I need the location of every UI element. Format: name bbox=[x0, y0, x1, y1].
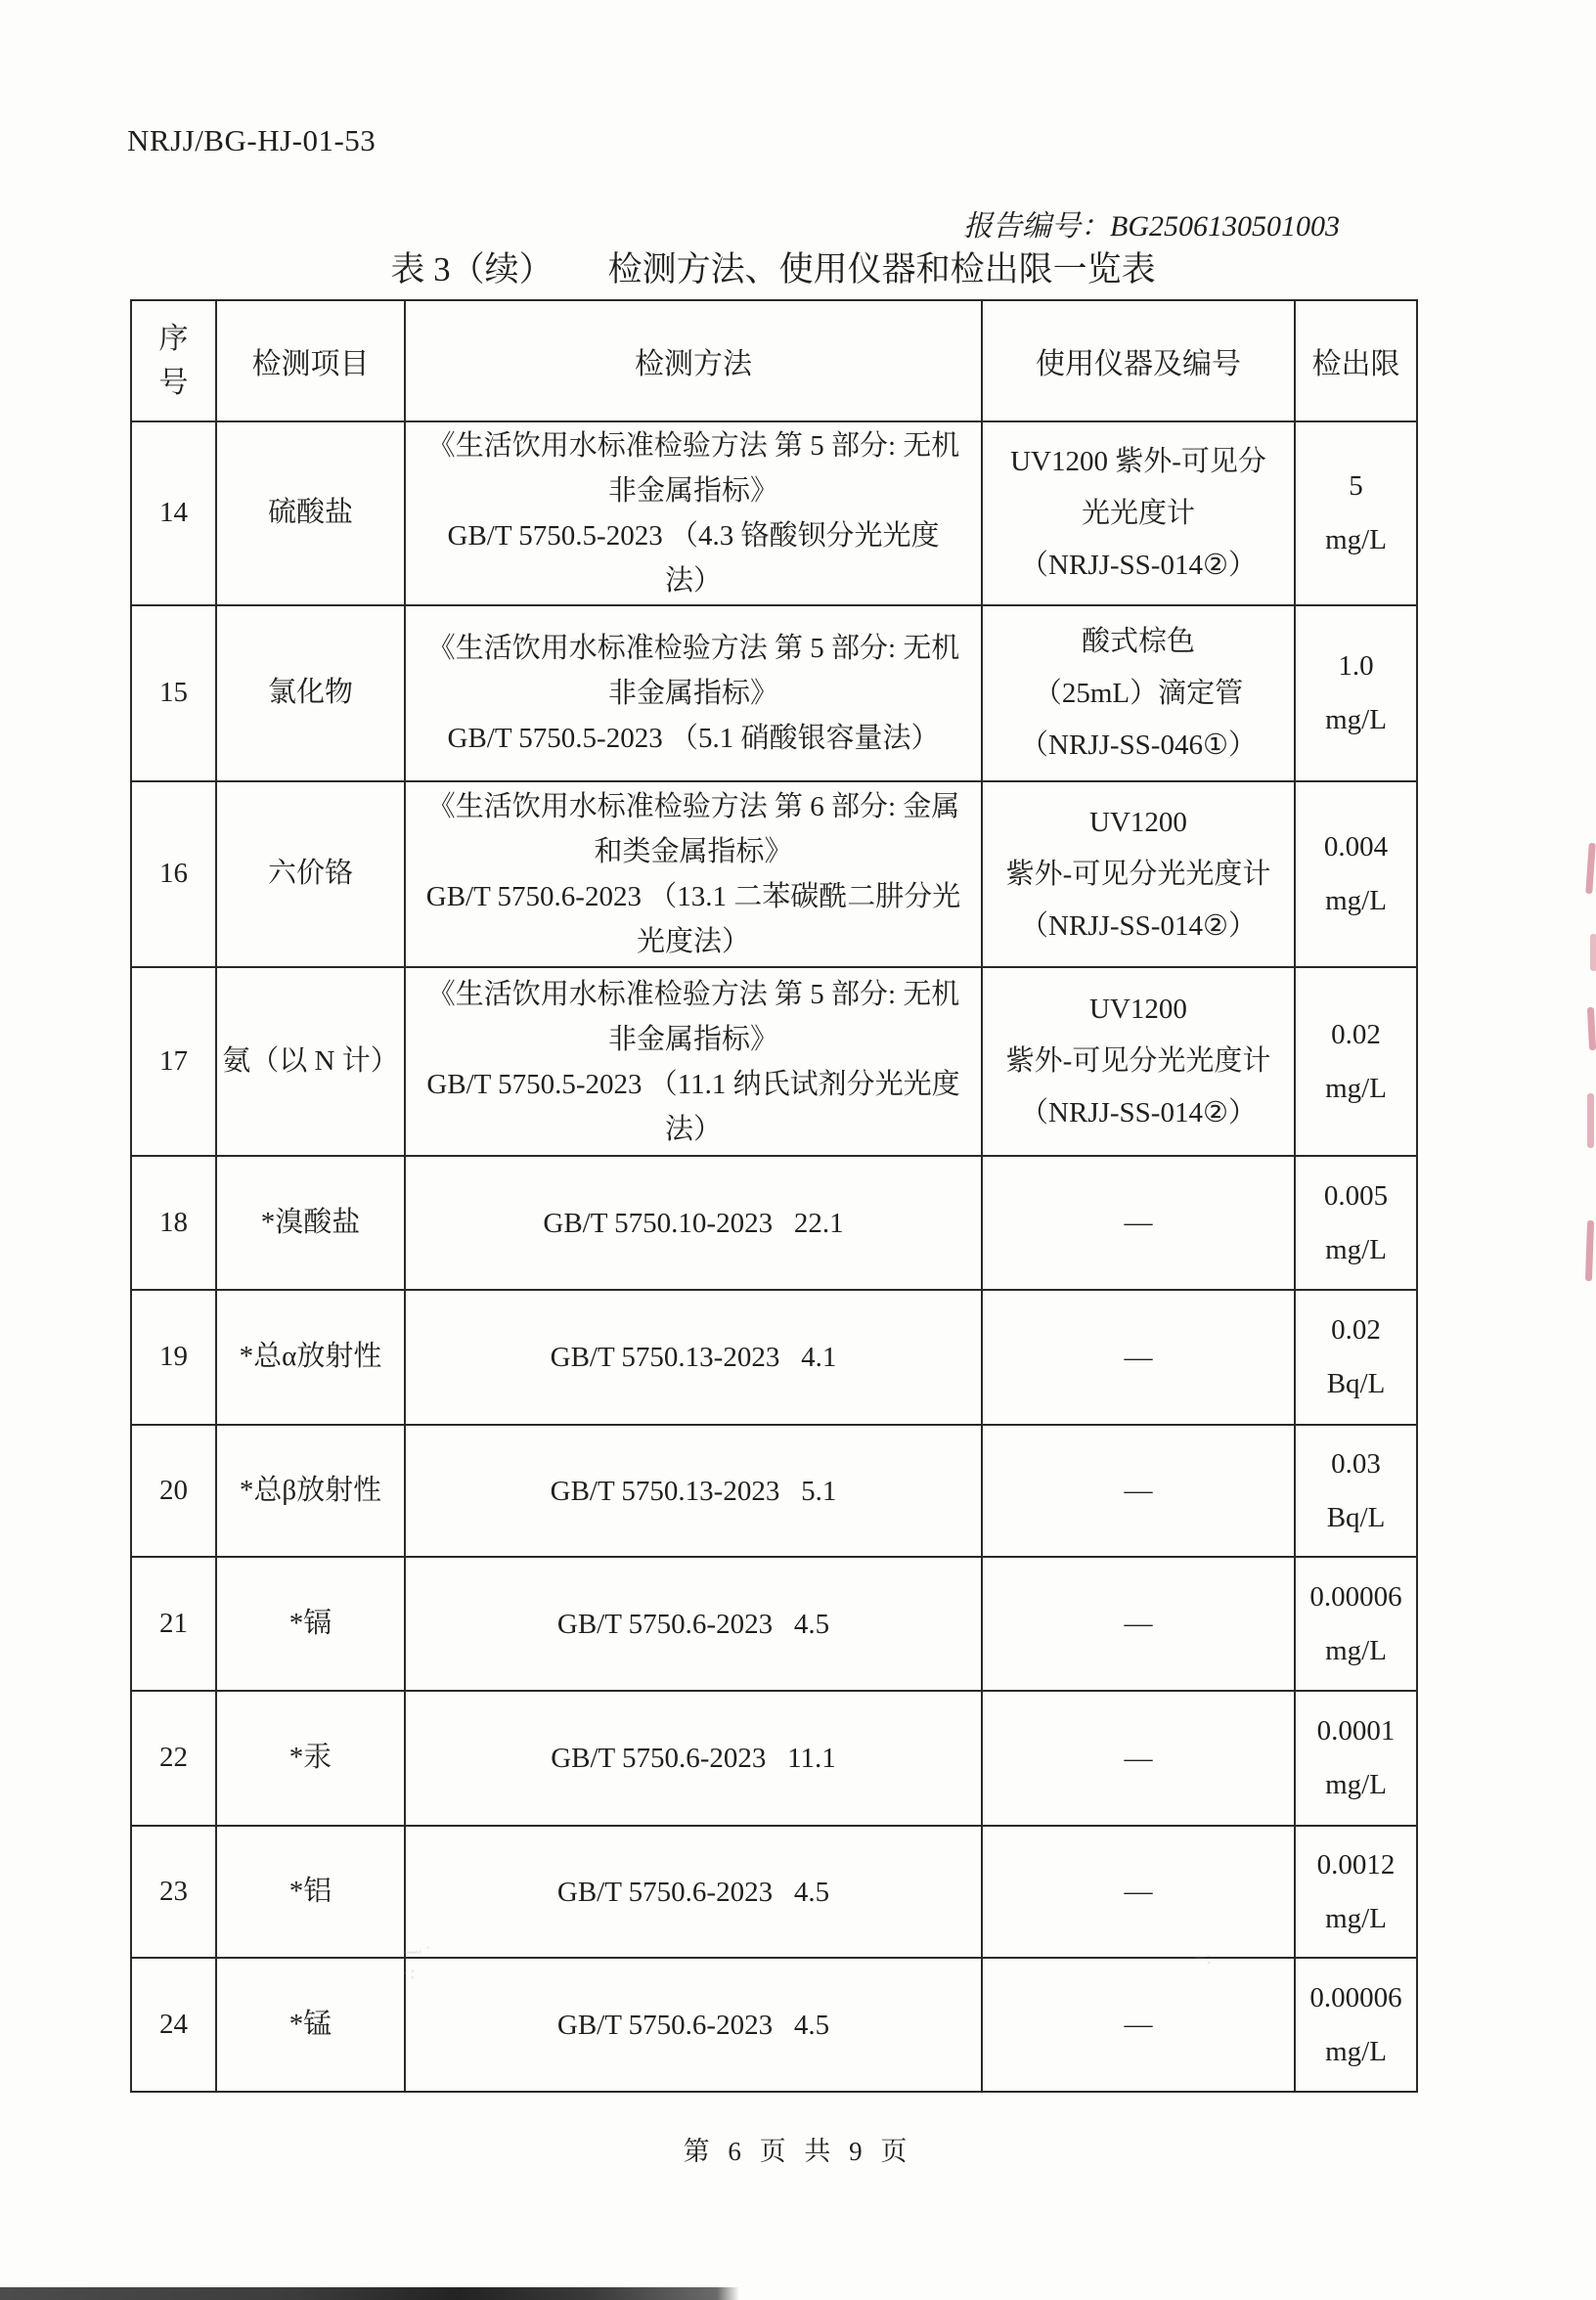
cell-test-method: GB/T 5750.13-2023 5.1 bbox=[405, 1425, 982, 1557]
cell-serial-number: 21 bbox=[131, 1557, 216, 1691]
table-row: 19*总α放射性GB/T 5750.13-2023 4.1—0.02Bq/L bbox=[131, 1290, 1417, 1425]
cell-test-method: GB/T 5750.6-2023 4.5 bbox=[405, 1958, 982, 2092]
table-row: 24*锰GB/T 5750.6-2023 4.5—0.00006mg/L bbox=[131, 1958, 1417, 2092]
cell-test-item: 氨（以 N 计） bbox=[216, 967, 405, 1156]
cell-test-method: GB/T 5750.6-2023 4.5 bbox=[405, 1826, 982, 1958]
table-row: 22*汞GB/T 5750.6-2023 11.1—0.0001mg/L bbox=[131, 1691, 1417, 1826]
cell-test-item: *镉 bbox=[216, 1557, 405, 1691]
cell-serial-number: 24 bbox=[131, 1958, 216, 2092]
cell-test-method: GB/T 5750.6-2023 4.5 bbox=[405, 1557, 982, 1691]
cell-test-item: *溴酸盐 bbox=[216, 1156, 405, 1290]
cell-detection-limit: 0.02mg/L bbox=[1295, 967, 1417, 1156]
cell-serial-number: 14 bbox=[131, 421, 216, 605]
cell-test-method: 《生活饮用水标准检验方法 第 6 部分: 金属和类金属指标》GB/T 5750.… bbox=[405, 781, 982, 967]
cell-detection-limit: 0.0012mg/L bbox=[1295, 1826, 1417, 1958]
cell-detection-limit: 5mg/L bbox=[1295, 421, 1417, 605]
cell-test-method: GB/T 5750.13-2023 4.1 bbox=[405, 1290, 982, 1425]
cell-detection-limit: 0.004mg/L bbox=[1295, 781, 1417, 967]
cell-detection-limit: 0.03Bq/L bbox=[1295, 1425, 1417, 1557]
table-row: 20*总β放射性GB/T 5750.13-2023 5.1—0.03Bq/L bbox=[131, 1425, 1417, 1557]
pencil-smudge: ᠆᠆ᵕ˙·: bbox=[403, 1936, 433, 1982]
cell-test-method: 《生活饮用水标准检验方法 第 5 部分: 无机非金属指标》GB/T 5750.5… bbox=[405, 605, 982, 781]
cell-serial-number: 23 bbox=[131, 1826, 216, 1958]
cell-test-method: GB/T 5750.6-2023 11.1 bbox=[405, 1691, 982, 1826]
header-test-method: 检测方法 bbox=[405, 300, 982, 421]
cell-test-method: 《生活饮用水标准检验方法 第 5 部分: 无机非金属指标》GB/T 5750.5… bbox=[405, 967, 982, 1156]
table-row: 16六价铬《生活饮用水标准检验方法 第 6 部分: 金属和类金属指标》GB/T … bbox=[131, 781, 1417, 967]
cell-detection-limit: 1.0mg/L bbox=[1295, 605, 1417, 781]
cell-serial-number: 22 bbox=[131, 1691, 216, 1826]
header-serial-number: 序号 bbox=[131, 300, 216, 421]
cell-detection-limit: 0.0001mg/L bbox=[1295, 1691, 1417, 1826]
stamp-bleed-mark bbox=[1585, 843, 1596, 894]
table-row: 15氯化物《生活饮用水标准检验方法 第 5 部分: 无机非金属指标》GB/T 5… bbox=[131, 605, 1417, 781]
cell-test-item: *锰 bbox=[216, 1958, 405, 2092]
scan-edge-artifact bbox=[0, 2287, 739, 2300]
cell-instrument: UV1200紫外-可见分光光度计（NRJJ-SS-014②） bbox=[982, 967, 1295, 1156]
cell-test-item: 氯化物 bbox=[216, 605, 405, 781]
table-header-row: 序号 检测项目 检测方法 使用仪器及编号 检出限 bbox=[131, 300, 1417, 421]
stamp-bleed-mark bbox=[1585, 1220, 1594, 1281]
detection-methods-table: 序号 检测项目 检测方法 使用仪器及编号 检出限 14硫酸盐《生活饮用水标准检验… bbox=[130, 299, 1418, 2093]
cell-test-item: 硫酸盐 bbox=[216, 421, 405, 605]
table-row: 17氨（以 N 计）《生活饮用水标准检验方法 第 5 部分: 无机非金属指标》G… bbox=[131, 967, 1417, 1156]
header-detection-limit: 检出限 bbox=[1295, 300, 1417, 421]
pencil-smudge: ᠆·: bbox=[1195, 1941, 1212, 1968]
table-row: 23*铝GB/T 5750.6-2023 4.5—0.0012mg/L bbox=[131, 1826, 1417, 1958]
header-test-item: 检测项目 bbox=[216, 300, 405, 421]
cell-detection-limit: 0.005mg/L bbox=[1295, 1156, 1417, 1290]
table-row: 21*镉GB/T 5750.6-2023 4.5—0.00006mg/L bbox=[131, 1557, 1417, 1691]
document-page: NRJJ/BG-HJ-01-53 报告编号：BG2506130501003 表 … bbox=[0, 0, 1596, 2300]
stamp-bleed-mark bbox=[1587, 1007, 1596, 1050]
cell-detection-limit: 0.00006mg/L bbox=[1295, 1958, 1417, 2092]
document-code: NRJJ/BG-HJ-01-53 bbox=[127, 123, 376, 158]
cell-instrument: — bbox=[982, 1290, 1295, 1425]
cell-serial-number: 17 bbox=[131, 967, 216, 1156]
table-row: 18*溴酸盐GB/T 5750.10-2023 22.1—0.005mg/L bbox=[131, 1156, 1417, 1290]
cell-test-item: *总β放射性 bbox=[216, 1425, 405, 1557]
cell-instrument: — bbox=[982, 1826, 1295, 1958]
cell-instrument: 酸式棕色（25mL）滴定管（NRJJ-SS-046①） bbox=[982, 605, 1295, 781]
table-body: 14硫酸盐《生活饮用水标准检验方法 第 5 部分: 无机非金属指标》GB/T 5… bbox=[131, 421, 1417, 2092]
cell-instrument: — bbox=[982, 1691, 1295, 1826]
cell-instrument: UV1200 紫外-可见分光光度计（NRJJ-SS-014②） bbox=[982, 421, 1295, 605]
cell-instrument: — bbox=[982, 1557, 1295, 1691]
table-row: 14硫酸盐《生活饮用水标准检验方法 第 5 部分: 无机非金属指标》GB/T 5… bbox=[131, 421, 1417, 605]
header-instrument: 使用仪器及编号 bbox=[982, 300, 1295, 421]
report-number: 报告编号：BG2506130501003 bbox=[963, 201, 1340, 244]
cell-test-item: *汞 bbox=[216, 1691, 405, 1826]
cell-test-method: GB/T 5750.10-2023 22.1 bbox=[405, 1156, 982, 1290]
cell-test-item: *铝 bbox=[216, 1826, 405, 1958]
cell-detection-limit: 0.02Bq/L bbox=[1295, 1290, 1417, 1425]
cell-serial-number: 19 bbox=[131, 1290, 216, 1425]
table-title-prefix: 表 3（续） bbox=[390, 250, 553, 288]
page-footer: 第 6 页 共 9 页 bbox=[0, 2130, 1596, 2168]
cell-test-method: 《生活饮用水标准检验方法 第 5 部分: 无机非金属指标》GB/T 5750.5… bbox=[405, 421, 982, 605]
cell-serial-number: 16 bbox=[131, 781, 216, 967]
cell-test-item: *总α放射性 bbox=[216, 1290, 405, 1425]
cell-serial-number: 15 bbox=[131, 605, 216, 781]
cell-instrument: — bbox=[982, 1425, 1295, 1557]
table-title: 表 3（续）检测方法、使用仪器和检出限一览表 bbox=[130, 243, 1416, 291]
cell-test-item: 六价铬 bbox=[216, 781, 405, 967]
stamp-bleed-mark bbox=[1590, 934, 1596, 971]
cell-instrument: — bbox=[982, 1156, 1295, 1290]
table-title-main: 检测方法、使用仪器和检出限一览表 bbox=[608, 250, 1156, 288]
cell-serial-number: 18 bbox=[131, 1156, 216, 1290]
cell-instrument: — bbox=[982, 1958, 1295, 2092]
cell-instrument: UV1200紫外-可见分光光度计（NRJJ-SS-014②） bbox=[982, 781, 1295, 967]
cell-detection-limit: 0.00006mg/L bbox=[1295, 1557, 1417, 1691]
cell-serial-number: 20 bbox=[131, 1425, 216, 1557]
stamp-bleed-mark bbox=[1587, 1093, 1594, 1148]
